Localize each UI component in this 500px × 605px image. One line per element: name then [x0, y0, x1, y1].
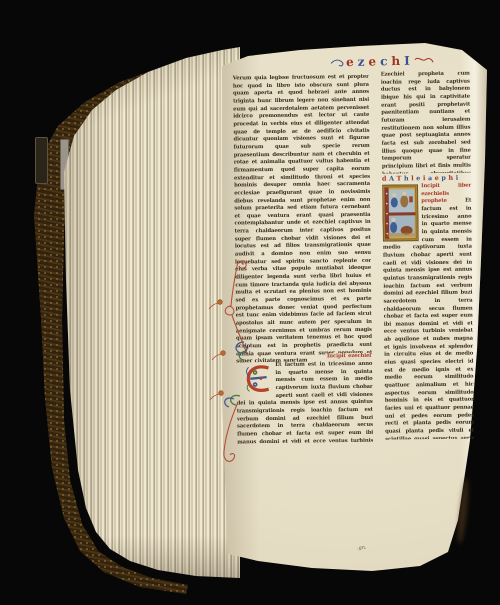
- ornament-dot: [209, 300, 222, 309]
- colored-letter: A: [389, 173, 394, 184]
- rubric-text: Incipit ezechiel: [325, 353, 371, 361]
- colored-letter: a: [428, 173, 432, 184]
- manuscript-photo: ezechI Verum quia legisse fructuosum est…: [0, 0, 500, 605]
- metal-clasp: [35, 137, 48, 184]
- colored-letter: I: [404, 54, 410, 68]
- ornament-dot: [210, 391, 223, 400]
- header-tail-swash-icon: [414, 54, 434, 66]
- colored-letter: c: [380, 54, 388, 68]
- margin-flourish: [206, 256, 262, 478]
- header-letters: ezechI: [346, 54, 414, 69]
- colored-letter: z: [358, 55, 365, 69]
- colored-letter: e: [368, 54, 376, 68]
- header-swash-icon: [330, 56, 346, 68]
- colored-letter: l: [411, 173, 414, 184]
- colored-letter: T: [397, 173, 402, 184]
- running-header: ezechI: [330, 51, 465, 72]
- colored-letter: e: [346, 55, 354, 69]
- body-text: Ezechiel propheta cum ioachin rege iuda …: [381, 71, 471, 174]
- colored-letter: e: [416, 173, 420, 184]
- right-column-body: Ezechiel propheta cum ioachin rege iuda …: [381, 71, 471, 174]
- colored-letter: i: [423, 173, 426, 184]
- rubric-text: Incipit liber ezechielis prophete: [421, 183, 471, 205]
- historiated-initial-E: [382, 184, 419, 241]
- right-initial-paragraph: Incipit liber ezechielis prophete Et fac…: [382, 183, 474, 440]
- colored-letter: h: [404, 173, 409, 184]
- quire-mark: .gn.: [357, 545, 367, 551]
- ornament-dot: [212, 351, 225, 360]
- colored-letter: h: [391, 54, 400, 68]
- colored-letter: d: [382, 173, 387, 184]
- text-column-right: Ezechiel propheta cum ioachin rege iuda …: [381, 71, 474, 440]
- text-block: Verum quia legisse fructuosum est et pro…: [233, 73, 476, 448]
